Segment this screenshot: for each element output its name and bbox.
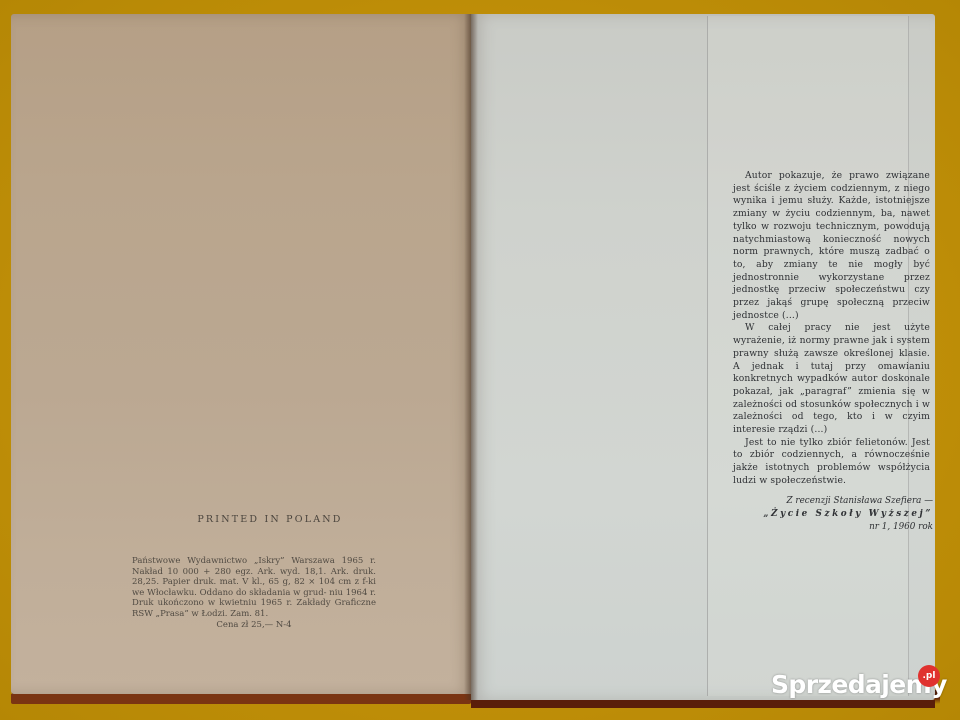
blurb-paragraph: W całej pracy nie jest użyte wyrażenie, … <box>733 322 930 436</box>
colophon: Państwowe Wydawnictwo „Iskry” Warszawa 1… <box>132 556 376 630</box>
blurb-paragraph: Jest to nie tylko zbiór felietonów. Jest… <box>733 437 930 488</box>
book-spine <box>464 14 478 700</box>
watermark-badge: .pl <box>918 665 940 687</box>
colophon-line: Państwowe Wydawnictwo „Iskry” Warszawa 1… <box>132 556 376 566</box>
citation-suffix: nr 1, 1960 rok <box>869 522 933 532</box>
blurb-text: Autor pokazuje, że prawo związane jest ś… <box>733 170 930 488</box>
colophon-line: Nakład 10 000 + 280 egz. Ark. wyd. 18,1.… <box>132 567 376 577</box>
price: Cena zł 25,— N-4 <box>132 620 376 631</box>
blurb-paragraph: Autor pokazuje, że prawo związane jest ś… <box>733 170 930 322</box>
citation-journal: „Życie Szkoły Wyższej” <box>763 509 933 519</box>
review-citation: Z recenzji Stanisława Szefiera — „Życie … <box>755 495 933 534</box>
citation-prefix: Z recenzji Stanisława Szefiera — <box>786 496 933 506</box>
colophon-line: 28,25. Papier druk. mat. V kl., 65 g, 82… <box>132 577 351 587</box>
printed-in-poland: PRINTED IN POLAND <box>170 514 370 525</box>
